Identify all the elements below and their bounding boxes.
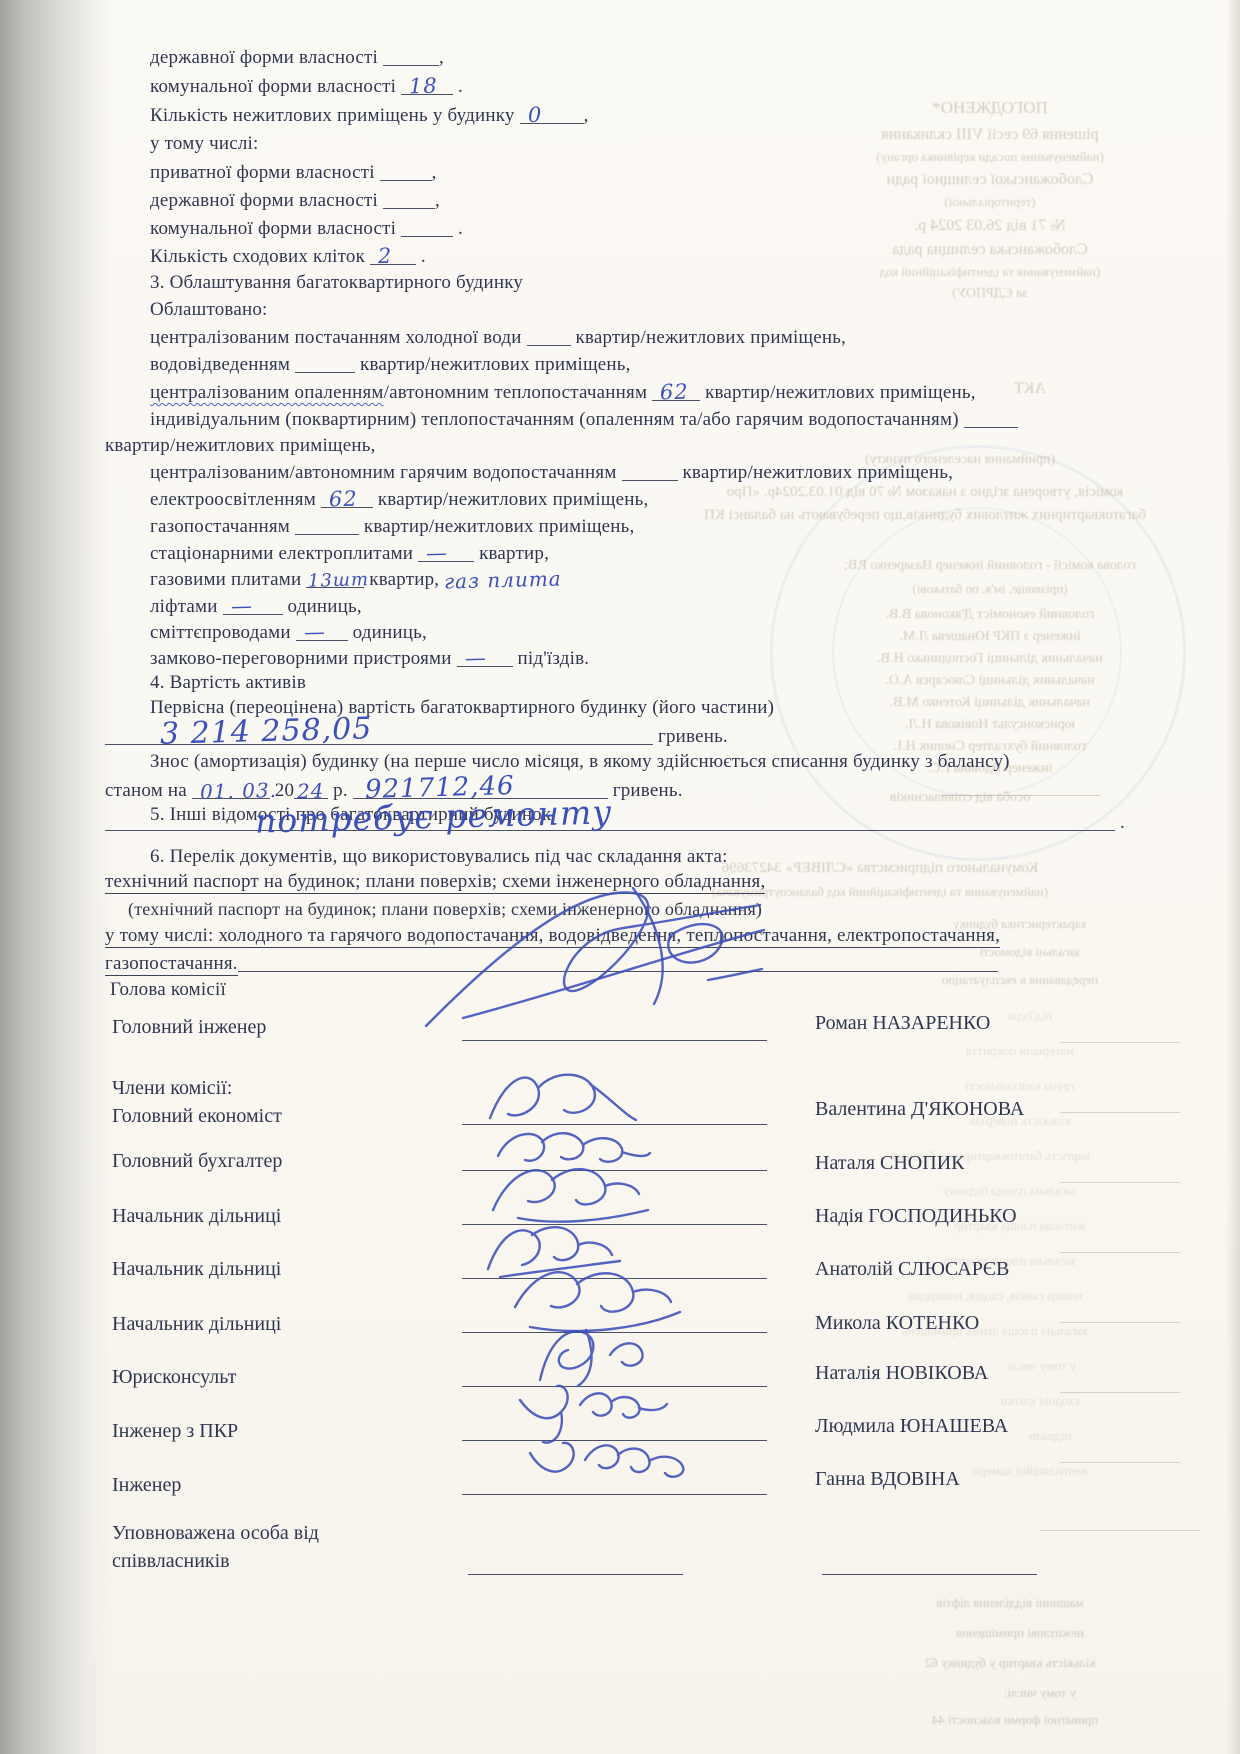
fill-in-blank: 0 bbox=[520, 103, 584, 124]
form-line: централізованим/автономним гарячим водоп… bbox=[150, 460, 953, 485]
bleedthrough-text: АКТ bbox=[960, 380, 1100, 398]
typed-text: сміттєпроводами bbox=[150, 622, 296, 643]
typed-text: . bbox=[453, 218, 463, 239]
handwritten-entry: 01. 03. bbox=[200, 780, 277, 802]
typed-text: газовими плитами bbox=[150, 569, 306, 590]
scanned-document-page: ПОГОДЖЕНО*рішення 69 сесії VIII скликанн… bbox=[0, 0, 1240, 1754]
signatory-group-label: Члени комісії: bbox=[112, 1077, 232, 1100]
typed-text: Знос (амортизація) будинку (на перше чис… bbox=[150, 751, 1010, 772]
typed-text: державної форми власності bbox=[150, 47, 383, 68]
typed-text: централізованим постачанням холодної вод… bbox=[150, 327, 527, 348]
bleedthrough-line bbox=[1060, 1322, 1180, 1323]
typed-text: квартир/нежитлових приміщень, bbox=[373, 489, 649, 510]
form-line: квартир/нежитлових приміщень, bbox=[105, 434, 376, 458]
bleedthrough-text: сходові клітки bbox=[880, 1393, 1200, 1409]
signatory-role: Уповноважена особа від bbox=[112, 1522, 319, 1545]
signatory-name: Анатолій СЛЮСАРЄВ bbox=[815, 1258, 1009, 1281]
typed-text: квартир/нежитлових приміщень, bbox=[700, 382, 976, 403]
typed-text: /автономним теплопостачанням bbox=[384, 382, 653, 403]
signatory-name: Надія ГОСПОДИНЬКО bbox=[815, 1205, 1017, 1228]
signatory-name: Валентина Д'ЯКОНОВА bbox=[815, 1098, 1024, 1121]
signature-ink bbox=[408, 858, 778, 1043]
typed-text: квартир/нежитлових приміщень, bbox=[678, 462, 954, 483]
typed-text: , bbox=[435, 190, 440, 211]
bleedthrough-text: № 71 від 26.03 2024 р. bbox=[800, 217, 1180, 235]
signatory-name: Людмила ЮНАШЕВА bbox=[815, 1415, 1008, 1438]
fill-in-blank bbox=[401, 216, 453, 237]
typed-text: . bbox=[416, 246, 426, 267]
bleedthrough-line bbox=[1060, 1462, 1180, 1463]
form-line: у тому числі: bbox=[150, 132, 259, 156]
typed-text: , bbox=[439, 47, 444, 68]
typed-text: . bbox=[453, 76, 463, 97]
bleedthrough-line bbox=[1060, 1112, 1180, 1113]
fill-in-blank: потребує ремонту bbox=[105, 810, 1115, 831]
typed-text: одиниць, bbox=[283, 596, 362, 617]
form-line: державної форми власності , bbox=[150, 45, 444, 70]
signatory-role: Юрисконсульт bbox=[112, 1366, 236, 1389]
signatory-name: Микола КОТЕНКО bbox=[815, 1312, 979, 1335]
handwritten-entry: 62 bbox=[660, 382, 689, 404]
form-line: Облаштовано: bbox=[150, 298, 268, 322]
fill-in-blank bbox=[383, 45, 439, 66]
signatory-role: Головний економіст bbox=[112, 1105, 282, 1128]
signatory-name: Наталя СНОПИК bbox=[815, 1152, 964, 1175]
bleedthrough-text: (територіальної) bbox=[800, 194, 1180, 210]
typed-text: станом на bbox=[105, 780, 192, 801]
typed-text: ліфтами bbox=[150, 596, 223, 617]
fill-in-blank bbox=[380, 160, 432, 181]
form-line: стаціонарними електроплитами — квартир, bbox=[150, 541, 549, 566]
handwritten-entry: потребує ремонту bbox=[255, 795, 613, 837]
signatory-role: співвласників bbox=[112, 1550, 230, 1573]
typed-text: у тому числі: bbox=[150, 133, 259, 154]
bleedthrough-text: приватної форми власності 44 bbox=[810, 1712, 1220, 1728]
typed-text: . bbox=[1115, 812, 1125, 833]
handwritten-entry: — bbox=[426, 543, 449, 565]
fill-in-blank bbox=[622, 460, 678, 481]
bleedthrough-text: за ЄДРПОУ) bbox=[800, 286, 1180, 302]
typed-text: електроосвітленням bbox=[150, 489, 321, 510]
typed-text: квартир/нежитлових приміщень, bbox=[571, 327, 847, 348]
bleedthrough-text: нежитлові приміщення bbox=[820, 1625, 1220, 1641]
signatory-role: Начальник дільниці bbox=[112, 1205, 281, 1228]
bleedthrough-line bbox=[1040, 1530, 1200, 1531]
form-line: газопостачанням квартир/нежитлових примі… bbox=[150, 514, 634, 539]
bleedthrough-text: матеріали покриття bbox=[840, 1043, 1200, 1059]
typed-text: Кількість сходових кліток bbox=[150, 246, 370, 267]
typed-text: гривень. bbox=[608, 780, 683, 801]
typed-text: Облаштовано: bbox=[150, 299, 268, 320]
bleedthrough-text: площа ганків, сходів, площадок bbox=[780, 1288, 1210, 1304]
signatory-role: Головний бухгалтер bbox=[112, 1150, 282, 1173]
handwritten-entry: 18 bbox=[409, 76, 438, 98]
fill-in-blank: 18 bbox=[401, 74, 453, 95]
typed-text: державної форми власності bbox=[150, 190, 383, 211]
form-line: ліфтами — одиниць, bbox=[150, 594, 362, 619]
handwritten-entry: 0 bbox=[527, 105, 542, 126]
typed-text: централізованим опаленням bbox=[150, 382, 384, 403]
typed-text: одиниць, bbox=[348, 622, 427, 643]
form-line: сміттєпроводами — одиниць, bbox=[150, 620, 427, 645]
form-line: комунальної форми власності . bbox=[150, 216, 463, 241]
fill-in-blank bbox=[295, 352, 355, 373]
form-line: електроосвітленням 62 квартир/нежитлових… bbox=[150, 487, 648, 512]
handwritten-entry: 3 214 258,05 bbox=[160, 714, 373, 750]
fill-in-blank: 24 bbox=[294, 778, 328, 799]
form-line: замково-переговорними пристроями — під'ї… bbox=[150, 646, 589, 671]
form-line: потребує ремонту . bbox=[105, 810, 1125, 835]
handwritten-entry: — bbox=[303, 622, 326, 644]
fill-in-blank: — bbox=[418, 541, 474, 562]
typed-text: , bbox=[584, 105, 589, 126]
typed-text: замково-переговорними пристроями bbox=[150, 648, 457, 669]
signature-ink bbox=[515, 1415, 695, 1495]
form-line: централізованим постачанням холодної вод… bbox=[150, 325, 846, 350]
form-line: Кількість сходових кліток 2 . bbox=[150, 244, 426, 269]
form-line: індивідуальним (поквартирним) теплопоста… bbox=[150, 407, 1018, 432]
fill-in-blank: 13шт bbox=[306, 567, 364, 588]
form-line: комунальної форми власності 18 . bbox=[150, 74, 463, 99]
form-line: газовими плитами 13шт квартир, газ плита bbox=[150, 567, 562, 592]
fill-in-blank: — bbox=[457, 646, 513, 667]
fill-in-blank: 2 bbox=[370, 244, 416, 265]
typed-text: квартир/нежитлових приміщень, bbox=[105, 435, 376, 456]
typed-text: , bbox=[432, 162, 437, 183]
bleedthrough-text: рішення 69 сесії VIII скликання bbox=[800, 126, 1180, 144]
typed-text: стаціонарними електроплитами bbox=[150, 543, 418, 564]
signatory-name: Наталія НОВІКОВА bbox=[815, 1362, 988, 1385]
signatory-role: Інженер bbox=[112, 1474, 181, 1497]
fill-in-blank: — bbox=[223, 594, 283, 615]
form-line: державної форми власності , bbox=[150, 188, 440, 213]
handwritten-entry: 13шт bbox=[308, 571, 369, 591]
bleedthrough-line bbox=[1060, 1042, 1180, 1043]
signatory-role: Начальник дільниці bbox=[112, 1313, 281, 1336]
form-line: Знос (амортизація) будинку (на перше чис… bbox=[150, 750, 1010, 774]
fill-in-blank bbox=[964, 407, 1018, 428]
fill-in-blank bbox=[527, 325, 571, 346]
typed-text: квартир, bbox=[364, 569, 444, 590]
signature-line bbox=[822, 1574, 1037, 1575]
fill-in-blank: 3 214 258,05 bbox=[105, 724, 653, 745]
fill-in-blank: 01. 03. bbox=[192, 778, 270, 799]
typed-text: приватної форми власності bbox=[150, 162, 380, 183]
handwritten-entry: 62 bbox=[329, 489, 358, 511]
bleedthrough-text: загальна площа будинку bbox=[820, 1183, 1200, 1199]
scan-spine-shadow bbox=[0, 0, 112, 1754]
form-line: приватної форми власності , bbox=[150, 160, 437, 185]
form-line: централізованим опаленням/автономним теп… bbox=[150, 380, 976, 405]
fill-in-blank: 62 bbox=[652, 380, 700, 401]
signature-line bbox=[468, 1574, 683, 1575]
typed-text: Кількість нежитлових приміщень у будинку bbox=[150, 105, 520, 126]
typed-text: комунальної форми власності bbox=[150, 218, 401, 239]
fill-in-blank: — bbox=[296, 620, 348, 641]
fill-in-blank: 62 bbox=[321, 487, 373, 508]
typed-text: газопостачанням bbox=[150, 516, 295, 537]
bleedthrough-text: кількість квартир у будинку 62 bbox=[800, 1655, 1220, 1671]
fill-in-blank bbox=[295, 514, 359, 535]
signatory-role: Начальник дільниці bbox=[112, 1258, 281, 1281]
bleedthrough-text: (найменування посади керівника органу) bbox=[800, 149, 1180, 165]
bleedthrough-line bbox=[1060, 1392, 1180, 1393]
typed-text: 4. Вартість активів bbox=[150, 672, 306, 693]
typed-text: Голова комісії bbox=[110, 979, 226, 1000]
form-line: Голова комісії bbox=[110, 978, 226, 1002]
typed-text: газопостачання. bbox=[105, 953, 238, 976]
typed-text: р. bbox=[328, 780, 353, 801]
typed-text: квартир/нежитлових приміщень, bbox=[355, 354, 631, 375]
signatory-role: Інженер з ПКР bbox=[112, 1420, 238, 1443]
form-line: водовідведенням квартир/нежитлових примі… bbox=[150, 352, 631, 377]
handwritten-entry: — bbox=[230, 596, 253, 618]
handwritten-entry: 24 bbox=[297, 781, 325, 802]
bleedthrough-line bbox=[1060, 1182, 1180, 1183]
form-line: 4. Вартість активів bbox=[150, 671, 306, 695]
handwritten-entry: — bbox=[464, 648, 487, 670]
bleedthrough-line bbox=[1060, 1252, 1180, 1253]
bleedthrough-text: Слобожанської селищної ради bbox=[800, 171, 1180, 189]
bleedthrough-text: (найменування та ідентифікаційний код bbox=[800, 264, 1180, 280]
typed-text: гривень. bbox=[653, 726, 728, 747]
typed-text: квартир, bbox=[474, 543, 549, 564]
typed-text: під'їздів. bbox=[513, 648, 590, 669]
signatory-name: Ганна ВДОВІНА bbox=[815, 1468, 960, 1491]
bleedthrough-text: машинні відділення ліфтів bbox=[800, 1595, 1220, 1611]
bleedthrough-text: ПОГОДЖЕНО* bbox=[800, 98, 1180, 118]
typed-text: водовідведенням bbox=[150, 354, 295, 375]
handwritten-entry: газ плита bbox=[444, 568, 562, 591]
form-line: 3. Облаштування багатоквартирного будинк… bbox=[150, 271, 523, 295]
typed-text: індивідуальним (поквартирним) теплопоста… bbox=[150, 409, 964, 430]
signatory-role: Головний інженер bbox=[112, 1016, 266, 1039]
signatory-name: Роман НАЗАРЕНКО bbox=[815, 1012, 990, 1035]
bleedthrough-text: Слобожанська селищна рада bbox=[800, 241, 1180, 259]
typed-text: квартир/нежитлових приміщень, bbox=[359, 516, 635, 537]
form-line: Кількість нежитлових приміщень у будинку… bbox=[150, 103, 589, 128]
scan-right-edge bbox=[1226, 0, 1240, 1754]
typed-text: комунальної форми власності bbox=[150, 76, 401, 97]
form-line: 3 214 258,05 гривень. bbox=[105, 724, 728, 749]
typed-text: централізованим/автономним гарячим водоп… bbox=[150, 462, 622, 483]
handwritten-entry: 2 bbox=[378, 246, 393, 267]
fill-in-blank bbox=[383, 188, 435, 209]
bleedthrough-text: у тому числі: bbox=[880, 1685, 1200, 1701]
bleedthrough-text: група капітальності bbox=[840, 1078, 1200, 1094]
typed-text: 3. Облаштування багатоквартирного будинк… bbox=[150, 272, 523, 293]
